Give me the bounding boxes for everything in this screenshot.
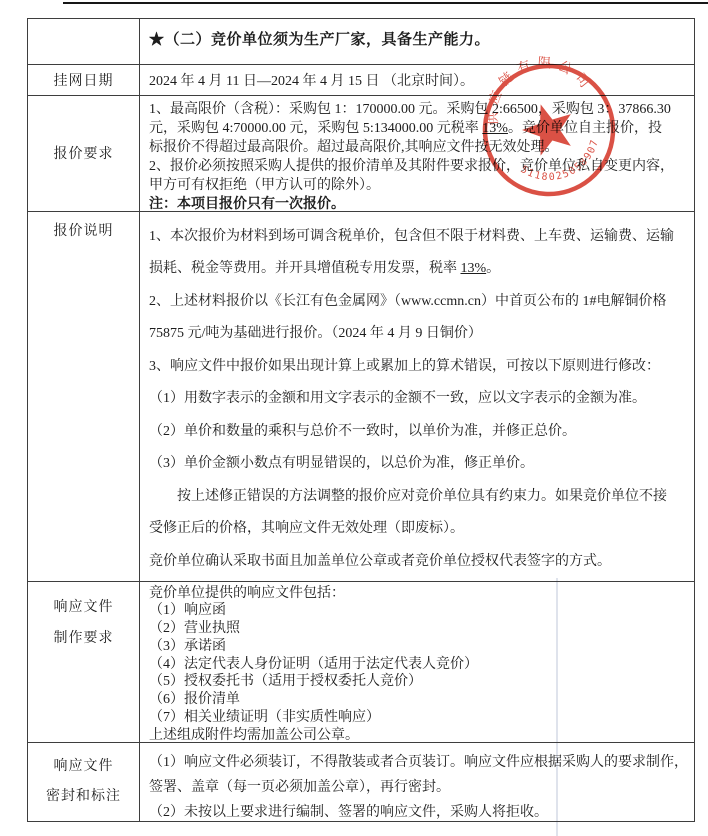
listing-date-value: 2024 年 4 月 11 日—2024 年 4 月 15 日 （北京时间）。: [149, 70, 474, 90]
response-make-label-2: 制作要求: [54, 623, 114, 654]
quote-req-line5: 甲方可有权拒绝（甲方认可的除外）。: [149, 176, 690, 195]
table-row-response-file-sealing: 响应文件 密封和标注 （1）响应文件必须装订，不得散装或者合页装订。响应文件应根…: [28, 742, 694, 821]
quote-desc-p5: 竞价单位确认采取书面且加盖单位公章或者竞价单位授权代表签字的方式。: [149, 546, 690, 579]
response-make-label-1: 响应文件: [54, 592, 114, 623]
quote-desc-cell: 1、本次报价为材料到场可调含税单价，包含但不限于材料费、上车费、运输费、运输 损…: [140, 212, 694, 581]
response-make-outro: 上述组成附件均需加盖公司公章。: [149, 727, 690, 742]
response-make-intro: 竞价单位提供的响应文件包括：: [149, 585, 690, 603]
quote-req-cell: 1、最高限价（含税）：采购包 1：170000.00 元。采购包 2:66500…: [140, 96, 694, 211]
response-seal-line1: （1）响应文件必须装订，不得散装或者合页装订。响应文件应根据采购人的要求制作，: [149, 750, 690, 775]
table-row-header-note: ★（二）竞价单位须为生产厂家，具备生产能力。: [28, 19, 694, 64]
response-make-item: （2）营业执照: [149, 620, 690, 638]
row-label: 响应文件 制作要求: [28, 582, 140, 742]
quote-desc-p3: 3、响应文件中报价如果出现计算上或累加上的算术错误，可按以下原则进行修改：: [149, 351, 690, 384]
table-row-quote-requirements: 报价要求 1、最高限价（含税）：采购包 1：170000.00 元。采购包 2:…: [28, 95, 694, 211]
table-row-response-file-making: 响应文件 制作要求 竞价单位提供的响应文件包括： （1）响应函 （2）营业执照 …: [28, 581, 694, 742]
quote-req-line2-underlined: 13%: [482, 121, 508, 136]
quote-req-line1: 1、最高限价（含税）：采购包 1：170000.00 元。采购包 2:66500…: [149, 100, 690, 119]
response-make-item: （4）法定代表人身份证明（适用于法定代表人竞价）: [149, 656, 690, 674]
quote-req-line2-pre: 元，采购包 4:70000.00 元，采购包 5:134000.00 元税率: [149, 121, 482, 136]
quote-desc-p1a: 1、本次报价为材料到场可调含税单价，包含但不限于材料费、上车费、运输费、运输: [149, 221, 690, 254]
row-label: 响应文件 密封和标注: [28, 743, 140, 821]
row-label: 报价说明: [28, 212, 140, 581]
scan-edge-artifact: [63, 2, 708, 4]
quote-req-line3: 标报价不得超过最高限价。超过最高限价,其响应文件按无效处理。: [149, 138, 690, 157]
row-label: 报价要求: [28, 96, 140, 211]
response-seal-line3: （2）未按以上要求进行编制、签署的响应文件，采购人将拒收。: [149, 800, 690, 821]
quote-desc-p3-2: （2）单价和数量的乘积与总价不一致时，以单价为准，并修正总价。: [149, 416, 690, 449]
quote-req-line2: 元，采购包 4:70000.00 元，采购包 5:134000.00 元税率 1…: [149, 119, 690, 138]
quote-desc-p3-3: （3）单价金额小数点有明显错误的，以总价为准，修正单价。: [149, 448, 690, 481]
bidding-requirements-table: ★（二）竞价单位须为生产厂家，具备生产能力。 挂网日期 2024 年 4 月 1…: [27, 18, 695, 822]
listing-date-label: 挂网日期: [54, 70, 114, 90]
response-make-item: （1）响应函: [149, 602, 690, 620]
table-row-quote-description: 报价说明 1、本次报价为材料到场可调含税单价，包含但不限于材料费、上车费、运输费…: [28, 211, 694, 581]
quote-desc-p2b: 75875 元/吨为基础进行报价。（2024 年 4 月 9 日铜价）: [149, 318, 690, 351]
quote-req-note: 注：本项目报价只有一次报价。: [149, 195, 690, 211]
scanned-document-page: { "stamp": { "arc_text": "供应链有限公司", "num…: [0, 0, 708, 836]
quote-desc-p1b-pre: 损耗、税金等费用。并开具增值税专用发票，税率: [149, 261, 461, 276]
response-seal-line2: 签署、盖章（每一页必须加盖公章），再行密封。: [149, 775, 690, 800]
row-label: 挂网日期: [28, 65, 140, 95]
quote-desc-p4b: 受修正后的价格，其响应文件无效处理（即废标）。: [149, 513, 690, 546]
response-seal-cell: （1）响应文件必须装订，不得散装或者合页装订。响应文件应根据采购人的要求制作， …: [140, 743, 694, 821]
quote-desc-p1b-post: 。: [486, 261, 500, 276]
table-row-listing-date: 挂网日期 2024 年 4 月 11 日—2024 年 4 月 15 日 （北京…: [28, 64, 694, 95]
quote-desc-p2a: 2、上述材料报价以《长江有色金属网》（www.ccmn.cn）中首页公布的 1#…: [149, 286, 690, 319]
quote-desc-p4a: 按上述修正错误的方法调整的报价应对竞价单位具有约束力。如果竞价单位不接: [149, 481, 690, 514]
response-make-item: （7）相关业绩证明（非实质性响应）: [149, 709, 690, 727]
quote-req-label: 报价要求: [54, 143, 114, 163]
header-note-text: ★（二）竞价单位须为生产厂家，具备生产能力。: [149, 28, 690, 49]
response-seal-label-2: 密封和标注: [46, 782, 121, 812]
response-make-item: （5）授权委托书（适用于授权委托人竞价）: [149, 673, 690, 691]
response-make-item: （3）承诺函: [149, 638, 690, 656]
quote-desc-p1b: 损耗、税金等费用。并开具增值税专用发票，税率 13%。: [149, 253, 690, 286]
listing-date-cell: 2024 年 4 月 11 日—2024 年 4 月 15 日 （北京时间）。: [140, 65, 694, 95]
quote-desc-p3-1: （1）用数字表示的金额和用文字表示的金额不一致，应以文字表示的金额为准。: [149, 383, 690, 416]
response-seal-label-1: 响应文件: [54, 752, 114, 782]
quote-req-line4: 2、报价必须按照采购人提供的报价清单及其附件要求报价，竞价单位私自变更内容，: [149, 157, 690, 176]
row-label-empty: [28, 19, 140, 64]
quote-req-line2-post: 。竞价单位自主报价，投: [508, 121, 662, 136]
header-note-cell: ★（二）竞价单位须为生产厂家，具备生产能力。: [140, 19, 694, 64]
quote-desc-label: 报价说明: [54, 220, 114, 240]
quote-desc-p1b-underlined: 13%: [461, 261, 487, 276]
response-make-cell: 竞价单位提供的响应文件包括： （1）响应函 （2）营业执照 （3）承诺函 （4）…: [140, 582, 694, 742]
response-make-item: （6）报价清单: [149, 691, 690, 709]
